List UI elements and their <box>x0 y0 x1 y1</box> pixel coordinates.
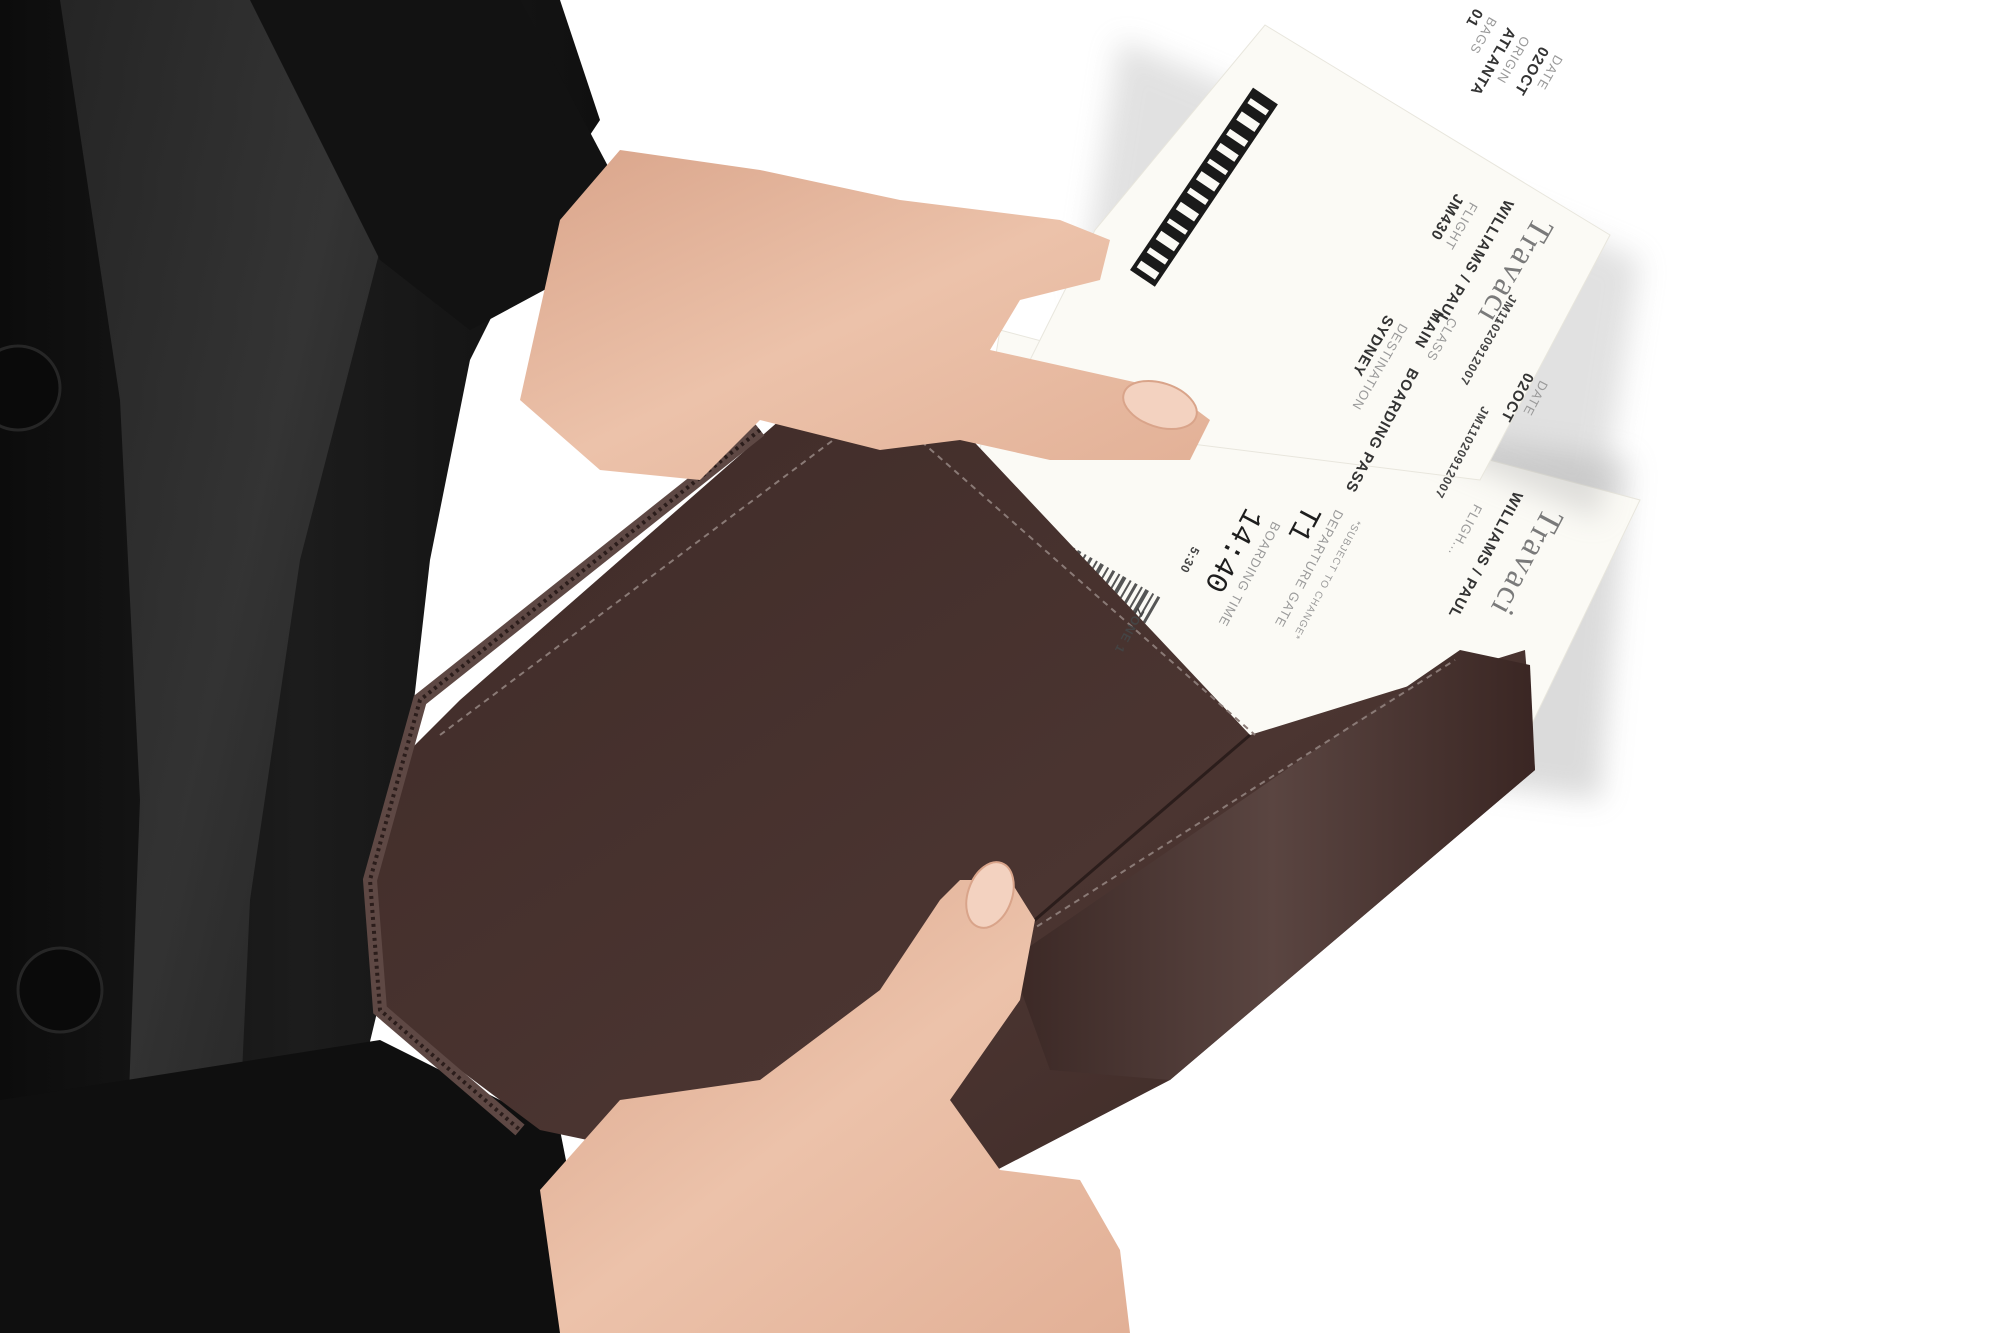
product-photo: Travaci WILLIAMS / PAUL DATE 02OCT ORIGI… <box>0 0 2000 1333</box>
photo-illustration <box>0 0 2000 1333</box>
